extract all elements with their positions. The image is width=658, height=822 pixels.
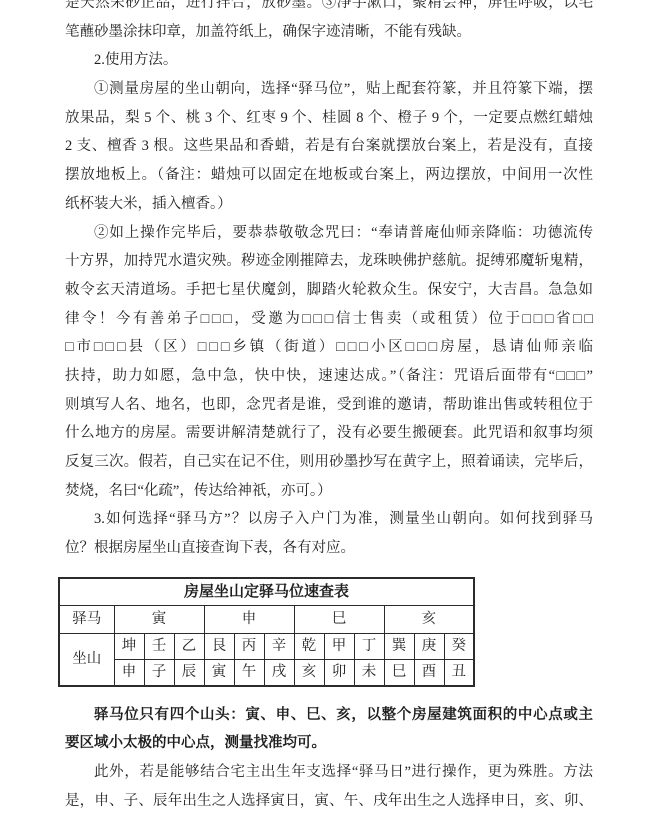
zuoshan-cell: 亥 [294, 659, 324, 686]
text-line: 反复三次。假若，自己实在记不住，则用砂墨抄写在黄字上，照着诵读，完毕后， [65, 448, 593, 477]
text-line: 纸杯装大米，插入檀香。） [65, 190, 593, 219]
zuoshan-cell: 壬 [144, 633, 174, 659]
zuoshan-cell: 丁 [354, 633, 384, 659]
zuoshan-cell: 酉 [414, 659, 444, 686]
text-line: 则填写人名、地名，也即，念咒者是谁，受到谁的邀请，帮助谁出售或转租位于 [65, 391, 593, 420]
paragraph-block-top: 是天然朱砂正品，进行拌合，放砂墨。③净手漱口，聚精会神，屏住呼吸，以毛笔蘸砂墨涂… [65, 0, 593, 563]
row-header-zuoshan: 坐山 [59, 633, 114, 686]
zuoshan-cell: 子 [144, 659, 174, 686]
zuoshan-cell: 庚 [414, 633, 444, 659]
yima-branch-cell: 亥 [384, 605, 474, 633]
zuoshan-cell: 戌 [264, 659, 294, 686]
zuoshan-cell: 艮 [204, 633, 234, 659]
text-line: 2 支、檀香 3 根。这些果品和香蜡，若是有台案就摆放台案上，若是没有，直接 [65, 132, 593, 161]
row-header-yima: 驿马 [59, 605, 114, 633]
text-line: 驿马位只有四个山头：寅、申、巳、亥，以整个房屋建筑面积的中心点或主 [65, 701, 593, 730]
zuoshan-cell: 寅 [204, 659, 234, 686]
yima-lookup-table: 房屋坐山定驿马位速查表驿马寅申巳亥坐山坤壬乙艮丙辛乾甲丁巽庚癸申子辰寅午戌亥卯未… [58, 577, 475, 687]
zuoshan-cell: 申 [114, 659, 144, 686]
yima-branch-cell: 寅 [114, 605, 204, 633]
text-line: ②如上操作完毕后，要恭恭敬敬念咒曰：“奉请普庵仙师亲降临：功德流传 [65, 219, 593, 248]
text-line: 摆放地板上。（备注：蜡烛可以固定在地板或台案上，两边摆放，中间用一次性 [65, 161, 593, 190]
text-line: 焚烧，名曰“化疏”，传达给神祇，亦可。） [65, 477, 593, 506]
zuoshan-cell: 甲 [324, 633, 354, 659]
zuoshan-cell: 乙 [174, 633, 204, 659]
document-page: 是天然朱砂正品，进行拌合，放砂墨。③净手漱口，聚精会神，屏住呼吸，以毛笔蘸砂墨涂… [0, 0, 658, 822]
zuoshan-cell: 未 [354, 659, 384, 686]
zuoshan-cell: 辛 [264, 633, 294, 659]
text-line: 放果品，梨 5 个、桃 3 个、红枣 9 个、桂圆 8 个、橙子 9 个，一定要… [65, 104, 593, 133]
zuoshan-cell: 坤 [114, 633, 144, 659]
zuoshan-cell: 巳 [384, 659, 414, 686]
table-title: 房屋坐山定驿马位速查表 [59, 578, 474, 606]
paragraph-block-bottom: 驿马位只有四个山头：寅、申、巳、亥，以整个房屋建筑面积的中心点或主要区域小太极的… [65, 701, 593, 816]
text-line: 要区域小太极的中心点，测量找准均可。 [65, 729, 593, 758]
zuoshan-cell: 卯 [324, 659, 354, 686]
text-line: 扶持，助力如愿，急中急，快中快，速速达成。”（备注：咒语后面带有“□□□” [65, 362, 593, 391]
text-line: ①测量房屋的坐山朝向，选择“驿马位”，贴上配套符篆，并且符篆下端，摆 [65, 75, 593, 104]
text-line: 笔蘸砂墨涂抹印章，加盖符纸上，确保字迹清晰，不能有残缺。 [65, 18, 593, 47]
text-line: 3.如何选择“驿马方”？以房子入户门为准，测量坐山朝向。如何找到驿马 [65, 505, 593, 534]
text-line: 2.使用方法。 [65, 46, 593, 75]
zuoshan-cell: 巽 [384, 633, 414, 659]
text-line: □市□□□县（区）□□□乡镇（街道）□□□小区□□□房屋，恳请仙师亲临 [65, 333, 593, 362]
text-line: 十方界，加持咒水遣灾殃。秽迹金刚摧障去，龙珠映佛护慈航。捉缚邪魔斩鬼精， [65, 247, 593, 276]
zuoshan-cell: 丑 [444, 659, 474, 686]
text-line: 什么地方的房屋。需要讲解清楚就行了，没有必要生搬硬套。此咒语和叙事均须 [65, 419, 593, 448]
zuoshan-cell: 辰 [174, 659, 204, 686]
yima-branch-cell: 申 [204, 605, 294, 633]
text-line: 此外，若是能够结合宅主出生年支选择“驿马日”进行操作，更为殊胜。方法 [65, 758, 593, 787]
text-line: 律令！今有善弟子□□□，受邀为□□□信士售卖（或租赁）位于□□□省□□ [65, 305, 593, 334]
zuoshan-cell: 丙 [234, 633, 264, 659]
text-line: 位？根据房屋坐山直接查询下表，各有对应。 [65, 534, 593, 563]
text-line: 是，申、子、辰年出生之人选择寅日，寅、午、戌年出生之人选择申日，亥、卯、 [65, 787, 593, 816]
zuoshan-cell: 午 [234, 659, 264, 686]
text-line-clipped: 是天然朱砂正品，进行拌合，放砂墨。③净手漱口，聚精会神，屏住呼吸，以毛 [65, 0, 593, 18]
yima-branch-cell: 巳 [294, 605, 384, 633]
text-line: 敕令玄天清道场。手把七星伏魔剑，脚踏火轮救众生。保安宁，大吉昌。急急如 [65, 276, 593, 305]
zuoshan-cell: 乾 [294, 633, 324, 659]
zuoshan-cell: 癸 [444, 633, 474, 659]
